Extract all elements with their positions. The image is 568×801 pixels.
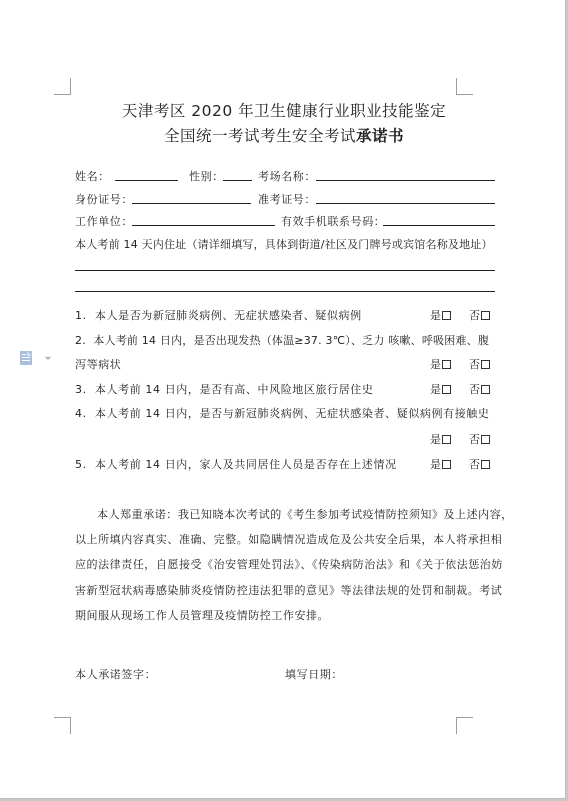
- yes-label: 是: [430, 358, 441, 371]
- chevron-down-icon[interactable]: [45, 357, 51, 360]
- pledge-line-4: 害新型冠状病毒感染肺炎疫情防控违法犯罪的意见》等法律法规的处罚和制裁。考试: [75, 582, 502, 598]
- gender-label: 性别：: [189, 168, 224, 184]
- date-label: 填写日期：: [285, 666, 343, 682]
- document-title-line1: 天津考区 2020 年卫生健康行业职业技能鉴定: [0, 99, 568, 121]
- q1-yes[interactable]: 是: [430, 307, 451, 323]
- document-title-line2: 全国统一考试考生安全考试承诺书: [0, 124, 568, 146]
- yes-label: 是: [430, 309, 441, 322]
- q5-yes[interactable]: 是: [430, 456, 451, 472]
- question-text: 本人考前 14 日内，家人及共同居住人员是否存在上述情况: [95, 458, 397, 471]
- employer-label: 工作单位：: [75, 213, 133, 229]
- question-number: 3.: [75, 383, 87, 396]
- crop-mark-top-right: [456, 78, 473, 95]
- checkbox-icon[interactable]: [481, 385, 490, 394]
- no-label: 否: [469, 309, 480, 322]
- admission-field[interactable]: [316, 203, 495, 204]
- phone-field[interactable]: [383, 225, 495, 226]
- id-label: 身份证号：: [75, 191, 133, 207]
- question-number: 5.: [75, 458, 87, 471]
- signature-label: 本人承诺签字：: [75, 666, 156, 682]
- q5-no[interactable]: 否: [469, 456, 490, 472]
- crop-mark-bottom-right: [456, 717, 473, 734]
- question-2: 2. 本人考前 14 日内，是否出现发热（体温≥37. 3℃）、乏力 咳嗽、呼吸…: [75, 332, 489, 348]
- question-number: 2.: [75, 334, 86, 347]
- yes-label: 是: [430, 383, 441, 396]
- checkbox-icon[interactable]: [481, 311, 490, 320]
- name-field[interactable]: [115, 180, 178, 181]
- checkbox-icon[interactable]: [442, 385, 451, 394]
- q2-yes[interactable]: 是: [430, 356, 451, 372]
- question-text: 本人考前 14 日内，是否有高、中风险地区旅行居住史: [95, 383, 374, 396]
- q3-yes[interactable]: 是: [430, 381, 451, 397]
- pledge-line-2: 以上所填内容真实、准确、完整。如隐瞒情况造成危及公共安全后果，本人将承担相: [75, 531, 502, 547]
- question-text: 本人是否为新冠肺炎病例、无症状感染者、疑似病例: [95, 309, 362, 322]
- document-layout-icon[interactable]: [20, 351, 32, 365]
- question-5: 5. 本人考前 14 日内，家人及共同居住人员是否存在上述情况: [75, 456, 397, 472]
- checkbox-icon[interactable]: [442, 435, 451, 444]
- document-page: 天津考区 2020 年卫生健康行业职业技能鉴定 全国统一考试考生安全考试承诺书 …: [0, 0, 566, 799]
- pledge-line-5: 期间服从现场工作人员管理及疫情防控工作安排。: [75, 607, 329, 623]
- address-label: 本人考前 14 天内住址（请详细填写，具体到街道/社区及门牌号或宾馆名称及地址）: [75, 236, 493, 252]
- no-label: 否: [469, 433, 480, 446]
- checkbox-icon[interactable]: [442, 311, 451, 320]
- question-2-continuation: 泻等病状: [75, 356, 121, 372]
- checkbox-icon[interactable]: [442, 360, 451, 369]
- checkbox-icon[interactable]: [481, 435, 490, 444]
- question-1: 1. 本人是否为新冠肺炎病例、无症状感染者、疑似病例: [75, 307, 362, 323]
- question-3: 3. 本人考前 14 日内，是否有高、中风险地区旅行居住史: [75, 381, 374, 397]
- no-label: 否: [469, 458, 480, 471]
- admission-label: 准考证号：: [258, 191, 316, 207]
- question-text: 本人考前 14 日内，是否与新冠肺炎病例、无症状感染者、疑似病例有接触史: [95, 407, 490, 420]
- yes-label: 是: [430, 433, 441, 446]
- employer-field[interactable]: [132, 225, 275, 226]
- q4-no[interactable]: 否: [469, 431, 490, 447]
- no-label: 否: [469, 358, 480, 371]
- checkbox-icon[interactable]: [442, 460, 451, 469]
- pledge-line-1: 本人郑重承诺：我已知晓本次考试的《考生参加考试疫情防控须知》及上述内容，: [97, 506, 513, 522]
- question-number: 4.: [75, 407, 87, 420]
- exam-site-label: 考场名称：: [258, 168, 316, 184]
- q3-no[interactable]: 否: [469, 381, 490, 397]
- address-line-1[interactable]: [75, 270, 495, 271]
- title-regular: 全国统一考试考生安全考试: [164, 127, 356, 145]
- exam-site-field[interactable]: [316, 180, 495, 181]
- question-number: 1.: [75, 309, 87, 322]
- q1-no[interactable]: 否: [469, 307, 490, 323]
- checkbox-icon[interactable]: [481, 360, 490, 369]
- name-label: 姓名：: [75, 168, 110, 184]
- no-label: 否: [469, 383, 480, 396]
- id-field[interactable]: [132, 203, 251, 204]
- crop-mark-top-left: [54, 78, 71, 95]
- pledge-line-3: 应的法律责任，自愿接受《治安管理处罚法》、《传染病防治法》和《关于依法惩治妨: [75, 556, 503, 572]
- checkbox-icon[interactable]: [481, 460, 490, 469]
- q2-no[interactable]: 否: [469, 356, 490, 372]
- address-line-2[interactable]: [75, 291, 495, 292]
- q4-yes[interactable]: 是: [430, 431, 451, 447]
- yes-label: 是: [430, 458, 441, 471]
- question-text: 本人考前 14 日内，是否出现发热（体温≥37. 3℃）、乏力 咳嗽、呼吸困难、…: [93, 334, 489, 347]
- question-4: 4. 本人考前 14 日内，是否与新冠肺炎病例、无症状感染者、疑似病例有接触史: [75, 405, 490, 421]
- crop-mark-bottom-left: [54, 717, 71, 734]
- title-bold: 承诺书: [356, 127, 404, 145]
- phone-label: 有效手机联系号码：: [281, 213, 385, 229]
- gender-field[interactable]: [223, 180, 252, 181]
